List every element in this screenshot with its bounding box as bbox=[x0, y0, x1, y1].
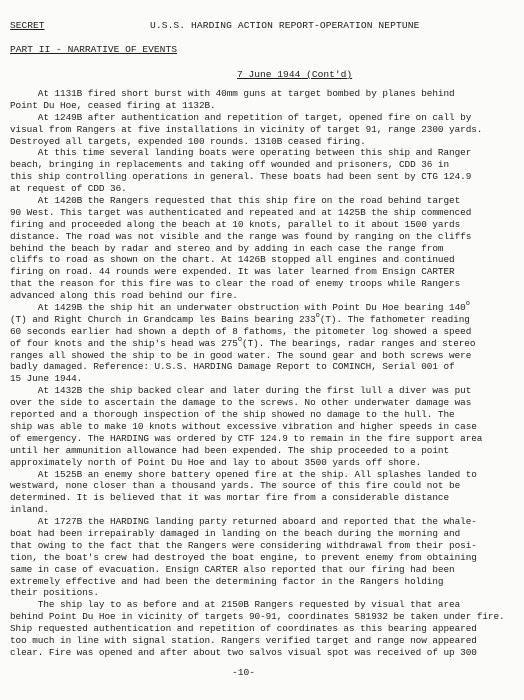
text-line: same in case of evacuation. Ensign CARTE… bbox=[10, 564, 522, 576]
text-line: visual from Rangers at five installation… bbox=[10, 124, 522, 136]
text-line: 90 West. This target was authenticated a… bbox=[10, 207, 522, 219]
text-line: tion, the boat's crew had destroyed the … bbox=[10, 552, 522, 564]
text-line: clear. Fire was opened and after about t… bbox=[10, 647, 522, 659]
text-line: boat had been irrepairably damaged in la… bbox=[10, 528, 522, 540]
text-line: (T) and Right Church in Grandcamp les Ba… bbox=[10, 314, 522, 326]
text-line: advanced along this road behind our fire… bbox=[10, 290, 522, 302]
text-line: behind the beach by radar and stereo and… bbox=[10, 243, 522, 255]
report-title: U.S.S. HARDING ACTION REPORT-OPERATION N… bbox=[150, 20, 419, 31]
page-number: -10- bbox=[232, 667, 255, 678]
text-line: determined. It is believed that it was m… bbox=[10, 492, 522, 504]
text-line: of emergency. The HARDING was ordered by… bbox=[10, 433, 522, 445]
text-line: westward, none closer than a thousand ya… bbox=[10, 480, 522, 492]
text-line: At 1727B the HARDING landing party retur… bbox=[10, 516, 522, 528]
narrative-body: At 1131B fired short burst with 40mm gun… bbox=[10, 88, 522, 659]
text-line: At 1420B the Rangers requested that this… bbox=[10, 195, 522, 207]
section-title: PART II - NARRATIVE OF EVENTS bbox=[10, 44, 177, 55]
document-page: SECRET U.S.S. HARDING ACTION REPORT-OPER… bbox=[0, 0, 524, 700]
text-line: that the reason for this fire was to cle… bbox=[10, 278, 522, 290]
text-line: reported and a thorough inspection of th… bbox=[10, 409, 522, 421]
text-line: At 1429B the ship hit an underwater obst… bbox=[10, 302, 522, 314]
classification-marking: SECRET bbox=[10, 20, 45, 31]
text-line: extremely effective and had been the det… bbox=[10, 576, 522, 588]
text-line: 60 seconds earlier had shown a depth of … bbox=[10, 326, 522, 338]
text-line: ranges all showed the ship to be in good… bbox=[10, 350, 522, 362]
text-line: until her ammunition allowance had been … bbox=[10, 445, 522, 457]
text-line: At 1249B after authentication and repeti… bbox=[10, 112, 522, 124]
text-line: this ship controlling operations in gene… bbox=[10, 171, 522, 183]
degree-symbol: o bbox=[466, 300, 470, 308]
text-line: 15 June 1944. bbox=[10, 373, 522, 385]
text-line: At this time several landing boats were … bbox=[10, 147, 522, 159]
text-line: At 1525B an enemy shore battery opened f… bbox=[10, 469, 522, 481]
text-line: The ship lay to as before and at 2150B R… bbox=[10, 599, 522, 611]
text-line: At 1432B the ship backed clear and later… bbox=[10, 385, 522, 397]
degree-symbol: o bbox=[316, 312, 320, 320]
text-line: badly damaged. Reference: U.S.S. HARDING… bbox=[10, 361, 522, 373]
text-line: Point Du Hoe, ceased firing at 1132B. bbox=[10, 100, 522, 112]
text-line: behind Point Du Hoe in vicinity of targe… bbox=[10, 611, 522, 623]
date-heading: 7 June 1944 (Cont'd) bbox=[237, 69, 352, 80]
text-line: at request of CDD 36. bbox=[10, 183, 522, 195]
text-line: firing on road. 44 rounds were expended.… bbox=[10, 266, 522, 278]
text-line: too much in line with signal station. Ra… bbox=[10, 635, 522, 647]
text-line: cliffs to road as shown on the chart. At… bbox=[10, 254, 522, 266]
text-line: At 1131B fired short burst with 40mm gun… bbox=[10, 88, 522, 100]
text-line: Ship requested authentication and repeti… bbox=[10, 623, 522, 635]
text-line: approximately north of Point Du Hoe and … bbox=[10, 457, 522, 469]
text-line: Destroyed all targets, expended 100 roun… bbox=[10, 136, 522, 148]
text-line: distance. The road was not visible and t… bbox=[10, 231, 522, 243]
text-line: inland. bbox=[10, 504, 522, 516]
text-line: beach, bringing in replacements and taki… bbox=[10, 159, 522, 171]
text-line: ship was able to make 10 knots without e… bbox=[10, 421, 522, 433]
degree-symbol: o bbox=[238, 336, 242, 344]
text-line: that owing to the fact that the Rangers … bbox=[10, 540, 522, 552]
text-line: of four knots and the ship's head was 27… bbox=[10, 338, 522, 350]
text-line: their positions. bbox=[10, 587, 522, 599]
text-line: firing and proceeded along the beach at … bbox=[10, 219, 522, 231]
text-line: over the side to ascertain the damage to… bbox=[10, 397, 522, 409]
